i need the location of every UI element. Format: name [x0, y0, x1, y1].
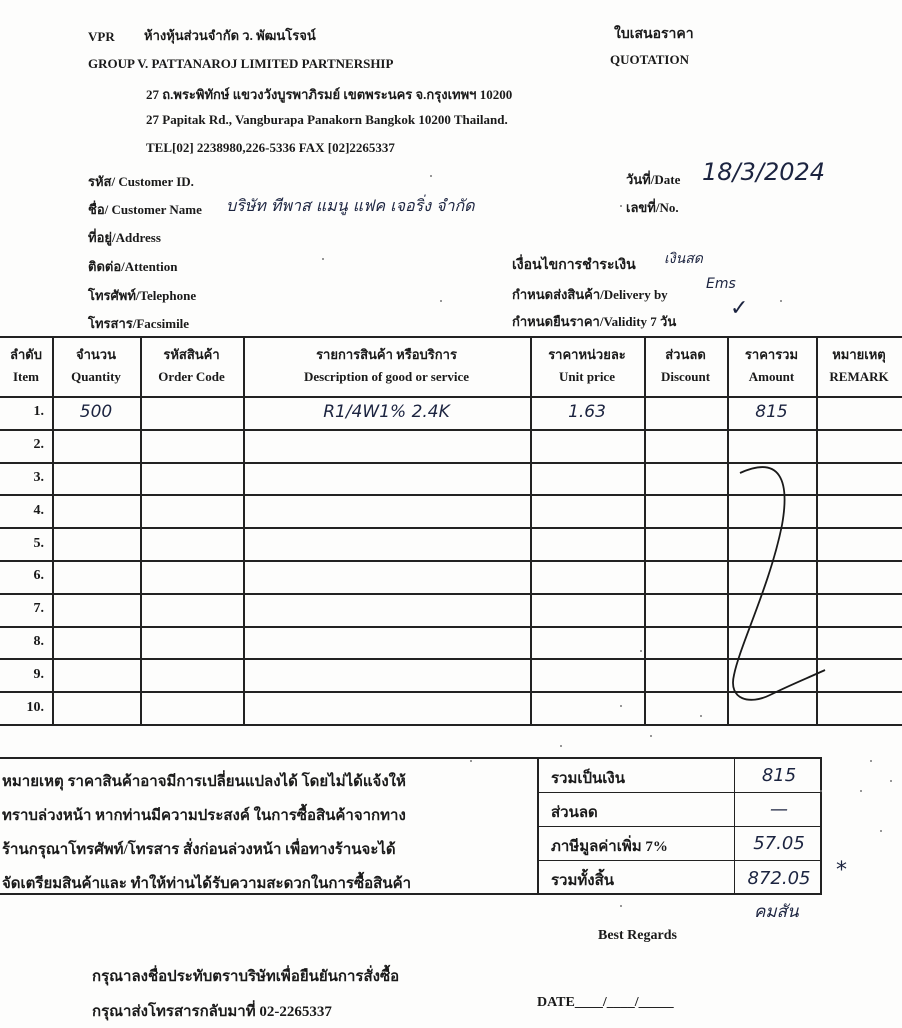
cell-description[interactable]	[243, 658, 530, 691]
cell-quantity[interactable]	[52, 494, 140, 527]
column-header-en: Amount	[749, 366, 795, 388]
cell-item: 7.	[0, 593, 52, 626]
column-header-en: Order Code	[158, 366, 225, 388]
grand-total-row: รวมทั้งสิ้น 872.05	[539, 861, 820, 895]
company-name-th: ห้างหุ้นส่วนจำกัด ว. พัฒนโรจน์	[144, 25, 316, 46]
cell-description[interactable]	[243, 560, 530, 593]
cell-discount[interactable]	[644, 429, 727, 462]
cell-order-code[interactable]	[140, 593, 243, 626]
cell-item: 8.	[0, 626, 52, 659]
customer-name-label: ชื่อ/ Customer Name	[88, 199, 202, 220]
discount-row: ส่วนลด —	[539, 793, 820, 827]
scan-speck	[470, 760, 472, 762]
column-header-th: จำนวน	[76, 344, 116, 366]
cell-order-code[interactable]	[140, 691, 243, 724]
column-header-remark: หมายเหตุREMARK	[816, 336, 902, 396]
date-signature-line[interactable]: DATE____/____/_____	[537, 995, 674, 1011]
note-line-2: ทราบล่วงหน้า หากท่านมีความประสงค์ ในการซ…	[2, 803, 406, 827]
column-header-quantity: จำนวนQuantity	[52, 336, 140, 396]
column-header-th: ราคาหน่วยละ	[548, 344, 626, 366]
signature: คมสัน	[754, 898, 799, 925]
delivery-value[interactable]: Ems	[706, 276, 736, 292]
confirm-instruction: กรุณาลงชื่อประทับตราบริษัทเพื่อยืนยันการ…	[92, 964, 399, 988]
scan-speck	[640, 650, 642, 652]
cell-discount[interactable]	[644, 396, 727, 429]
customer-facsimile-label: โทรสาร/Facsimile	[88, 313, 189, 334]
cell-description[interactable]	[243, 593, 530, 626]
doc-title-en: QUOTATION	[610, 52, 689, 68]
cell-unit-price[interactable]	[530, 658, 644, 691]
cell-item: 6.	[0, 560, 52, 593]
cell-quantity[interactable]	[52, 691, 140, 724]
cell-quantity[interactable]: 500	[52, 396, 140, 429]
validity-label: กำหนดยืนราคา/Validity 7 วัน	[512, 311, 676, 332]
scan-speck	[700, 715, 702, 717]
cell-unit-price[interactable]	[530, 691, 644, 724]
note-line-4: จัดเตรียมสินค้าและ ทำให้ท่านได้รับความสะ…	[2, 871, 411, 895]
strike-through-mark	[720, 455, 830, 705]
validity-check-icon: ✓	[730, 296, 748, 321]
cell-discount[interactable]	[644, 691, 727, 724]
cell-order-code[interactable]	[140, 658, 243, 691]
cell-unit-price[interactable]: 1.63	[530, 396, 644, 429]
scan-speck	[860, 790, 862, 792]
column-header-unit-price: ราคาหน่วยละUnit price	[530, 336, 644, 396]
company-address-th: 27 ถ.พระพิทักษ์ แขวงวังบูรพาภิรมย์ เขตพร…	[146, 84, 512, 105]
cell-amount[interactable]: 815	[727, 396, 816, 429]
cell-order-code[interactable]	[140, 462, 243, 495]
column-header-en: Item	[13, 366, 39, 388]
notes-box: หมายเหตุ ราคาสินค้าอาจมีการเปลี่ยนแปลงได…	[0, 757, 537, 895]
scan-speck	[560, 745, 562, 747]
no-label: เลขที่/No.	[626, 197, 679, 218]
column-header-item: ลำดับItem	[0, 336, 52, 396]
cell-description[interactable]	[243, 462, 530, 495]
cell-description[interactable]	[243, 429, 530, 462]
cell-description[interactable]	[243, 626, 530, 659]
grand-total-label: รวมทั้งสิ้น	[551, 868, 614, 892]
column-header-th: รหัสสินค้า	[163, 344, 219, 366]
cell-description[interactable]	[243, 494, 530, 527]
table-row: 1.500R1/4W1% 2.4K1.63815	[0, 396, 902, 429]
cell-description[interactable]	[243, 691, 530, 724]
totals-box: รวมเป็นเงิน 815 ส่วนลด — ภาษีมูลค่าเพิ่ม…	[537, 757, 822, 895]
vat-label: ภาษีมูลค่าเพิ่ม 7%	[551, 834, 668, 858]
column-header-en: Discount	[661, 366, 710, 388]
delivery-label: กำหนดส่งสินค้า/Delivery by	[512, 284, 668, 305]
discount-value[interactable]: —	[734, 793, 823, 826]
cell-discount[interactable]	[644, 626, 727, 659]
cell-discount[interactable]	[644, 658, 727, 691]
company-code: VPR	[88, 29, 115, 45]
cell-discount[interactable]	[644, 527, 727, 560]
subtotal-value[interactable]: 815	[734, 759, 823, 792]
column-header-en: REMARK	[829, 366, 888, 388]
cell-unit-price[interactable]	[530, 560, 644, 593]
note-line-1: หมายเหตุ ราคาสินค้าอาจมีการเปลี่ยนแปลงได…	[2, 769, 406, 793]
scan-speck	[430, 175, 432, 177]
column-header-th: ส่วนลด	[665, 344, 706, 366]
column-header-en: Unit price	[559, 366, 615, 388]
scan-speck	[620, 705, 622, 707]
column-header-th: รายการสินค้า หรือบริการ	[316, 344, 457, 366]
cell-order-code[interactable]	[140, 560, 243, 593]
scan-speck	[440, 300, 442, 302]
cell-unit-price[interactable]	[530, 494, 644, 527]
cell-order-code[interactable]	[140, 429, 243, 462]
discount-label: ส่วนลด	[551, 800, 598, 824]
cell-unit-price[interactable]	[530, 593, 644, 626]
cell-discount[interactable]	[644, 462, 727, 495]
customer-address-label: ที่อยู่/Address	[88, 227, 161, 248]
column-header-th: ลำดับ	[10, 344, 42, 366]
cell-unit-price[interactable]	[530, 462, 644, 495]
column-header-en: Description of good or service	[304, 366, 469, 388]
fax-back-instruction: กรุณาส่งโทรสารกลับมาที่ 02-2265337	[92, 999, 332, 1023]
cell-quantity[interactable]	[52, 626, 140, 659]
scan-speck	[322, 258, 324, 260]
doc-title-th: ใบเสนอราคา	[614, 23, 694, 45]
column-header-amount: ราคารวมAmount	[727, 336, 816, 396]
cell-quantity[interactable]	[52, 560, 140, 593]
scan-speck	[890, 780, 892, 782]
cell-quantity[interactable]	[52, 462, 140, 495]
scan-speck	[780, 300, 782, 302]
cell-discount[interactable]	[644, 593, 727, 626]
column-header-description: รายการสินค้า หรือบริการDescription of go…	[243, 336, 530, 396]
cell-order-code[interactable]	[140, 527, 243, 560]
grand-total-value[interactable]: 872.05	[734, 861, 823, 895]
cell-quantity[interactable]	[52, 527, 140, 560]
cell-unit-price[interactable]	[530, 626, 644, 659]
note-line-3: ร้านกรุณาโทรศัพท์/โทรสาร สั่งก่อนล่วงหน้…	[2, 837, 396, 861]
cell-order-code[interactable]	[140, 494, 243, 527]
cell-quantity[interactable]	[52, 593, 140, 626]
cell-item: 9.	[0, 658, 52, 691]
subtotal-label: รวมเป็นเงิน	[551, 766, 625, 790]
cell-item: 1.	[0, 396, 52, 429]
column-header-en: Quantity	[71, 366, 121, 388]
customer-telephone-label: โทรศัพท์/Telephone	[88, 285, 196, 306]
asterisk-mark-icon: *	[836, 858, 847, 883]
cell-order-code[interactable]	[140, 396, 243, 429]
date-value[interactable]: 18/3/2024	[702, 158, 825, 186]
cell-quantity[interactable]	[52, 658, 140, 691]
cell-order-code[interactable]	[140, 626, 243, 659]
cell-unit-price[interactable]	[530, 527, 644, 560]
scan-speck	[620, 905, 622, 907]
column-header-th: ราคารวม	[745, 344, 798, 366]
scan-speck	[880, 830, 882, 832]
customer-name-value[interactable]: บริษัท ทีพาส แมนู แฟค เจอริ่ง จำกัด	[226, 194, 475, 219]
table-rule	[0, 724, 902, 726]
cell-item: 3.	[0, 462, 52, 495]
column-header-order-code: รหัสสินค้าOrder Code	[140, 336, 243, 396]
vat-value[interactable]: 57.05	[734, 827, 823, 860]
payment-terms-label: เงื่อนไขการชำระเงิน	[512, 254, 636, 276]
company-name-en: GROUP V. PATTANAROJ LIMITED PARTNERSHIP	[88, 56, 393, 72]
cell-item: 10.	[0, 691, 52, 724]
customer-attention-label: ติดต่อ/Attention	[88, 256, 177, 277]
cell-quantity[interactable]	[52, 429, 140, 462]
payment-terms-value[interactable]: เงินสด	[664, 248, 703, 270]
column-header-discount: ส่วนลดDiscount	[644, 336, 727, 396]
cell-unit-price[interactable]	[530, 429, 644, 462]
column-header-th: หมายเหตุ	[832, 344, 886, 366]
cell-description[interactable]	[243, 527, 530, 560]
scan-speck	[820, 790, 822, 792]
cell-remark[interactable]	[816, 396, 902, 429]
subtotal-row: รวมเป็นเงิน 815	[539, 759, 820, 793]
company-address-en: 27 Papitak Rd., Vangburapa Panakorn Bang…	[146, 112, 508, 128]
company-contact: TEL[02] 2238980,226-5336 FAX [02]2265337	[146, 140, 395, 156]
cell-description[interactable]: R1/4W1% 2.4K	[243, 396, 530, 429]
vat-row: ภาษีมูลค่าเพิ่ม 7% 57.05	[539, 827, 820, 861]
scan-speck	[870, 760, 872, 762]
date-label: วันที่/Date	[626, 169, 680, 190]
cell-discount[interactable]	[644, 560, 727, 593]
customer-id-label: รหัส/ Customer ID.	[88, 171, 194, 192]
scan-speck	[650, 735, 652, 737]
cell-item: 2.	[0, 429, 52, 462]
scan-speck	[620, 205, 622, 207]
best-regards: Best Regards	[598, 928, 677, 944]
cell-item: 4.	[0, 494, 52, 527]
cell-discount[interactable]	[644, 494, 727, 527]
cell-item: 5.	[0, 527, 52, 560]
